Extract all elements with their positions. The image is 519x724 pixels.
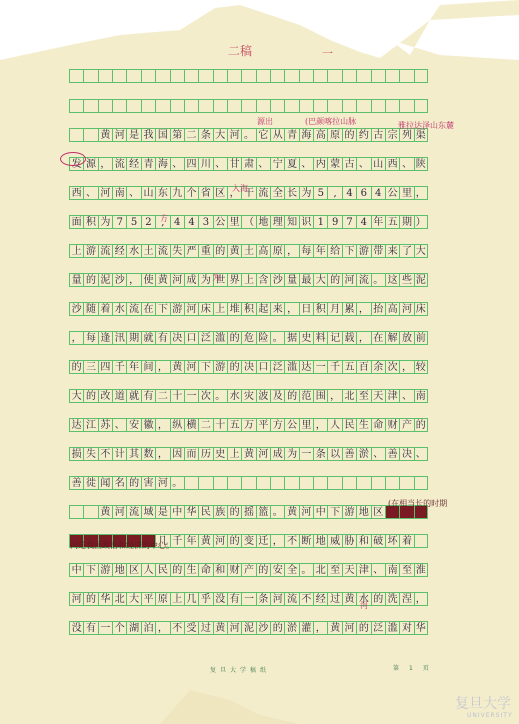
grid-cell: 几 bbox=[184, 592, 198, 606]
grid-cell: 害 bbox=[141, 476, 155, 490]
grid-cell bbox=[356, 476, 370, 490]
grid-cell bbox=[241, 99, 255, 113]
grid-cell bbox=[198, 476, 212, 490]
grid-row: 河的华北大平原上几乎没有一条河流不经过黄水的洗涅， bbox=[69, 592, 428, 606]
grid-cell: 山 bbox=[141, 186, 155, 200]
grid-cell: 灾 bbox=[241, 389, 255, 403]
grid-cell: 生 bbox=[184, 563, 198, 577]
grid-cell bbox=[342, 69, 356, 83]
grid-cell: 的 bbox=[342, 128, 356, 142]
grid-cell: 和 bbox=[213, 563, 227, 577]
grid-cell bbox=[327, 476, 341, 490]
grid-cell: 黄 bbox=[98, 505, 112, 519]
grid-cell: 黄 bbox=[98, 128, 112, 142]
grid-cell: 苏 bbox=[98, 418, 112, 432]
grid-cell: 域 bbox=[141, 505, 155, 519]
grid-cell bbox=[141, 69, 155, 83]
grid-cell: 中 bbox=[313, 505, 327, 519]
grid-cell: 其 bbox=[126, 447, 140, 461]
grid-cell: 间 bbox=[141, 360, 155, 374]
grid-cell: 没 bbox=[69, 621, 83, 635]
grid-cell: 河 bbox=[112, 505, 126, 519]
grid-cell: 、 bbox=[213, 157, 227, 171]
grid-cell: 山 bbox=[371, 157, 385, 171]
grid-cell bbox=[313, 99, 327, 113]
grid-cell: 民 bbox=[155, 563, 169, 577]
grid-row: 量的泥沙，使黄河成为世界上含沙量最大的河流。这些泥 bbox=[69, 273, 428, 287]
manuscript-page: 二稿 一 黄河是我国第二条大河。它从青海高原的约古宗列渠发源，流经青海、四川、甘… bbox=[0, 0, 519, 724]
grid-cell bbox=[299, 69, 313, 83]
grid-cell: 了 bbox=[399, 244, 413, 258]
grid-cell: 河 bbox=[342, 273, 356, 287]
grid-cell: 大 bbox=[213, 128, 227, 142]
grid-cell bbox=[414, 534, 428, 548]
grid-cell: 泛 bbox=[198, 331, 212, 345]
grid-cell: 日 bbox=[299, 302, 313, 316]
grid-cell: 华 bbox=[184, 505, 198, 519]
grid-cell: 四 bbox=[98, 360, 112, 374]
page-prefix: 第 bbox=[393, 665, 399, 672]
correction-become: 为 bbox=[212, 272, 220, 283]
grid-cell: ， bbox=[356, 331, 370, 345]
grid-cell: ， bbox=[155, 447, 169, 461]
grid-cell bbox=[155, 69, 169, 83]
grid-cell: 是 bbox=[126, 128, 140, 142]
grid-cell: 经 bbox=[112, 244, 126, 258]
grid-cell: 大 bbox=[126, 592, 140, 606]
grid-cell: 黄 bbox=[155, 273, 169, 287]
grid-cell: 五 bbox=[227, 418, 241, 432]
grid-row: 没有一个湖泊，不受过黄河泥沙的淤灌，黄河的泛滥对华 bbox=[69, 621, 428, 635]
grid-cell: 泥 bbox=[98, 273, 112, 287]
grid-cell: ， bbox=[69, 331, 83, 345]
grid-cell: 原 bbox=[270, 244, 284, 258]
grid-cell: 床 bbox=[414, 302, 428, 316]
grid-cell bbox=[356, 69, 370, 83]
grid-cell bbox=[414, 69, 428, 83]
grid-cell: 波 bbox=[256, 389, 270, 403]
grid-cell bbox=[141, 99, 155, 113]
grid-cell: 历 bbox=[198, 447, 212, 461]
grid-cell: 河 bbox=[155, 476, 169, 490]
grid-cell: 的 bbox=[213, 244, 227, 258]
grid-cell: 的 bbox=[170, 563, 184, 577]
grid-cell: 上 bbox=[69, 244, 83, 258]
grid-row: 西、河南、山东九个省区，干流全长为5,464公里， bbox=[69, 186, 428, 200]
grid-cell: 淤 bbox=[356, 447, 370, 461]
grid-cell: 财 bbox=[385, 418, 399, 432]
grid-cell bbox=[371, 476, 385, 490]
grid-cell: ， bbox=[155, 621, 169, 635]
grid-row: 损失不计其数，因而历史上黄河成为一条以善淤、善决、 bbox=[69, 447, 428, 461]
grid-cell: 识 bbox=[299, 215, 313, 229]
grid-row: 大的改道就有二十一次。水灾波及的范围，北至天津、南 bbox=[69, 389, 428, 403]
grid-cell: 沙 bbox=[256, 621, 270, 635]
grid-cell: 中 bbox=[69, 563, 83, 577]
grid-cell: 地 bbox=[256, 215, 270, 229]
grid-cell: 些 bbox=[399, 273, 413, 287]
draft-label-2: 一 bbox=[322, 45, 333, 61]
grid-cell: 约 bbox=[356, 128, 370, 142]
grid-cell: 土 bbox=[141, 244, 155, 258]
grid-cell: 、 bbox=[399, 157, 413, 171]
grid-cell bbox=[385, 99, 399, 113]
grid-cell: 黄 bbox=[342, 592, 356, 606]
grid-cell: 方 bbox=[270, 418, 284, 432]
grid-cell: 变 bbox=[241, 534, 255, 548]
grid-cell bbox=[399, 476, 413, 490]
grid-cell: 个 bbox=[112, 621, 126, 635]
grid-cell: 的 bbox=[227, 331, 241, 345]
grid-cell: 及 bbox=[270, 389, 284, 403]
grid-cell: 十 bbox=[213, 418, 227, 432]
grid-cell: 海 bbox=[299, 128, 313, 142]
grid-cell: 5 bbox=[126, 215, 140, 229]
grid-row: 的三四千年间，黄河下游的决口泛滥达一千五百余次，较 bbox=[69, 360, 428, 374]
grid-cell: 。 bbox=[170, 476, 184, 490]
grid-cell: 国 bbox=[155, 128, 169, 142]
grid-cell: 泥 bbox=[414, 273, 428, 287]
grid-cell: 大 bbox=[69, 389, 83, 403]
grid-cell: 次 bbox=[198, 389, 212, 403]
grid-cell: 横 bbox=[184, 418, 198, 432]
grid-cell: 流 bbox=[284, 592, 298, 606]
grid-cell bbox=[385, 476, 399, 490]
grid-cell bbox=[356, 99, 370, 113]
grid-cell: 黄 bbox=[198, 534, 212, 548]
grid-cell: 华 bbox=[414, 621, 428, 635]
grid-cell: 不 bbox=[170, 621, 184, 635]
draft-label: 二稿 bbox=[228, 42, 252, 59]
grid-cell: ， bbox=[414, 592, 428, 606]
grid-cell: 古 bbox=[371, 128, 385, 142]
grid-cell: 海 bbox=[155, 157, 169, 171]
grid-cell: 下 bbox=[342, 244, 356, 258]
grid-cell: 个 bbox=[184, 186, 198, 200]
grid-cell: 、 bbox=[126, 186, 140, 200]
insertion-long-period: (在相当长的时期 bbox=[388, 498, 447, 509]
grid-cell: 长 bbox=[284, 186, 298, 200]
grid-cell: 高 bbox=[313, 128, 327, 142]
grid-cell bbox=[284, 476, 298, 490]
grid-cell: 据 bbox=[284, 331, 298, 345]
grid-cell: 黄 bbox=[170, 360, 184, 374]
grid-cell: ， bbox=[98, 157, 112, 171]
grid-cell: 泛 bbox=[371, 621, 385, 635]
grid-cell: 淤 bbox=[284, 621, 298, 635]
grid-cell: 区 bbox=[213, 186, 227, 200]
grid-cell: 原 bbox=[327, 128, 341, 142]
grid-cell: 。 bbox=[241, 128, 255, 142]
correction-source: 源出 bbox=[257, 116, 273, 127]
grid-cell: 严 bbox=[184, 244, 198, 258]
grid-cell: 名 bbox=[112, 476, 126, 490]
grid-cell: 、 bbox=[356, 157, 370, 171]
grid-cell: 命 bbox=[371, 418, 385, 432]
grid-cell: 上 bbox=[170, 592, 184, 606]
grid-cell: 成 bbox=[184, 273, 198, 287]
grid-cell: 高 bbox=[256, 244, 270, 258]
grid-cell: 西 bbox=[69, 186, 83, 200]
grid-cell: 4 bbox=[184, 215, 198, 229]
grid-row: ，每逢汛期就有决口泛滥的危险。据史料记载，在解放前 bbox=[69, 331, 428, 345]
grid-cell: 千 bbox=[327, 360, 341, 374]
grid-cell bbox=[69, 128, 83, 142]
grid-cell: 抬 bbox=[371, 302, 385, 316]
grid-cell: 水 bbox=[126, 244, 140, 258]
grid-cell: 的 bbox=[83, 592, 97, 606]
grid-cell: 青 bbox=[141, 157, 155, 171]
grid-cell: 篮 bbox=[256, 505, 270, 519]
grid-cell: 来 bbox=[270, 302, 284, 316]
grid-cell: 条 bbox=[256, 592, 270, 606]
grid-cell bbox=[299, 99, 313, 113]
grid-cell: 7 bbox=[112, 215, 126, 229]
grid-cell: 、 bbox=[83, 186, 97, 200]
grid-cell: 4 bbox=[356, 215, 370, 229]
grid-cell: 使 bbox=[141, 273, 155, 287]
grid-cell: 起 bbox=[256, 302, 270, 316]
grid-cell: 川 bbox=[198, 157, 212, 171]
grid-cell: 一 bbox=[299, 447, 313, 461]
grid-cell: ， bbox=[155, 360, 169, 374]
grid-cell: 2 bbox=[141, 215, 155, 229]
grid-cell: 公 bbox=[213, 215, 227, 229]
grid-cell: 黄 bbox=[241, 447, 255, 461]
grid-cell: 人 bbox=[141, 563, 155, 577]
grid-cell: 而 bbox=[184, 447, 198, 461]
grid-cell: 原 bbox=[155, 592, 169, 606]
grid-cell: 胁 bbox=[342, 534, 356, 548]
grid-cell bbox=[170, 69, 184, 83]
grid-cell bbox=[327, 99, 341, 113]
grid-cell: 年 bbox=[371, 215, 385, 229]
grid-cell: 着 bbox=[399, 534, 413, 548]
grid-cell: 水 bbox=[227, 389, 241, 403]
grid-cell: 的 bbox=[414, 418, 428, 432]
grid-cell: 余 bbox=[371, 360, 385, 374]
grid-cell: 坏 bbox=[385, 534, 399, 548]
grid-cell bbox=[213, 476, 227, 490]
grid-cell bbox=[241, 69, 255, 83]
grid-cell: 积 bbox=[83, 215, 97, 229]
grid-cell: 面 bbox=[69, 215, 83, 229]
grid-row: 达江苏、安徽，纵横二十五万平方公里，人民生命财产的 bbox=[69, 418, 428, 432]
grid-cell: 、 bbox=[371, 447, 385, 461]
grid-cell: 河 bbox=[299, 505, 313, 519]
grid-cell: 九 bbox=[170, 186, 184, 200]
grid-cell: 破 bbox=[371, 534, 385, 548]
grid-cell: 善 bbox=[385, 447, 399, 461]
grid-cell: 一 bbox=[98, 621, 112, 635]
grid-cell: 上 bbox=[241, 273, 255, 287]
grid-cell: 天 bbox=[342, 563, 356, 577]
grid-cell: 河 bbox=[270, 592, 284, 606]
grid-cell: 最 bbox=[299, 273, 313, 287]
grid-cell: 的 bbox=[227, 534, 241, 548]
grid-cell: 涅 bbox=[399, 592, 413, 606]
grid-cell: 地 bbox=[112, 563, 126, 577]
grid-cell: , bbox=[327, 186, 341, 200]
grid-cell: 危 bbox=[241, 331, 255, 345]
grid-cell: 游 bbox=[83, 244, 97, 258]
grid-cell: 青 bbox=[284, 128, 298, 142]
grid-cell: 流 bbox=[98, 244, 112, 258]
grid-cell: 不 bbox=[284, 534, 298, 548]
grid-row: 面积为752,443公里（地理知识1974年五期） bbox=[69, 215, 428, 229]
grid-cell: 流 bbox=[112, 157, 126, 171]
grid-cell: 万 bbox=[241, 418, 255, 432]
grid-cell: 中 bbox=[170, 505, 184, 519]
page-number: 1 bbox=[409, 665, 413, 672]
grid-cell: 来 bbox=[385, 244, 399, 258]
grid-cell: 命 bbox=[198, 563, 212, 577]
grid-cell: 游 bbox=[98, 563, 112, 577]
grid-cell: 的 bbox=[284, 389, 298, 403]
grid-cell: 流 bbox=[126, 302, 140, 316]
grid-cell bbox=[69, 69, 83, 83]
grid-cell: 有 bbox=[227, 592, 241, 606]
grid-cell: 的 bbox=[371, 592, 385, 606]
grid-cell: 河 bbox=[227, 621, 241, 635]
grid-cell: ， bbox=[155, 418, 169, 432]
correction-river: 河 bbox=[360, 600, 368, 611]
grid-cell bbox=[112, 99, 126, 113]
grid-cell bbox=[284, 99, 298, 113]
grid-cell: 河 bbox=[399, 302, 413, 316]
grid-cell: 、 bbox=[112, 418, 126, 432]
grid-cell: 陕 bbox=[414, 157, 428, 171]
grid-cell: 平 bbox=[141, 592, 155, 606]
grid-cell: 积 bbox=[313, 302, 327, 316]
grid-cell: 河 bbox=[227, 128, 241, 142]
grid-cell: 载 bbox=[342, 331, 356, 345]
grid-cell: 流 bbox=[126, 505, 140, 519]
grid-cell: 流 bbox=[256, 186, 270, 200]
grid-cell: 失 bbox=[83, 447, 97, 461]
grid-cell bbox=[256, 99, 270, 113]
grid-cell: 前 bbox=[414, 331, 428, 345]
grid-cell: 不 bbox=[98, 447, 112, 461]
grid-cell: 的 bbox=[69, 360, 83, 374]
grid-cell: 。 bbox=[213, 389, 227, 403]
grid-row: 沙随着水流在下游河床上堆积起来，日积月累，抬高河床 bbox=[69, 302, 428, 316]
grid-cell: 4 bbox=[371, 186, 385, 200]
grid-cell: 西 bbox=[385, 157, 399, 171]
grid-cell: 人 bbox=[327, 418, 341, 432]
grid-cell: 下 bbox=[198, 360, 212, 374]
grid-cell: 、 bbox=[399, 389, 413, 403]
grid-cell: 从 bbox=[270, 128, 284, 142]
grid-cell: 我 bbox=[141, 128, 155, 142]
grid-cell bbox=[83, 99, 97, 113]
grid-cell: 河 bbox=[256, 447, 270, 461]
grid-row: 上游流经水土流失严重的黄土高原，每年给下游带来了大 bbox=[69, 244, 428, 258]
grid-cell: 月 bbox=[327, 302, 341, 316]
grid-cell: ， bbox=[284, 244, 298, 258]
grid-cell: 汛 bbox=[112, 331, 126, 345]
grid-cell: 的 bbox=[356, 621, 370, 635]
grid-cell bbox=[69, 505, 83, 519]
grid-cell: 口 bbox=[184, 331, 198, 345]
grid-cell: 游 bbox=[342, 505, 356, 519]
grid-cell: 下 bbox=[83, 563, 97, 577]
grid-cell: 津 bbox=[385, 389, 399, 403]
grid-cell: 徙 bbox=[83, 476, 97, 490]
grid-cell: 9 bbox=[327, 215, 341, 229]
grid-cell bbox=[342, 476, 356, 490]
grid-cell: 四 bbox=[184, 157, 198, 171]
footer-publisher: 复旦大学稿纸 bbox=[210, 665, 270, 674]
grid-row: 发源，流经青海、四川、甘肃、宁夏、内蒙古、山西、陕 bbox=[69, 157, 428, 171]
grid-cell: 宁 bbox=[270, 157, 284, 171]
grid-cell: （ bbox=[241, 215, 255, 229]
grid-cell: 下 bbox=[155, 302, 169, 316]
grid-cell: 为 bbox=[284, 447, 298, 461]
grid-cell: 它 bbox=[256, 128, 270, 142]
grid-cell bbox=[112, 69, 126, 83]
grid-cell: 有 bbox=[141, 389, 155, 403]
grid-cell bbox=[83, 128, 97, 142]
grid-cell: 沙 bbox=[270, 273, 284, 287]
university-watermark: 复旦大学 bbox=[455, 693, 511, 713]
grid-cell: 威 bbox=[327, 534, 341, 548]
grid-cell: 蒙 bbox=[327, 157, 341, 171]
grid-cell bbox=[299, 476, 313, 490]
grid-cell: 断 bbox=[299, 534, 313, 548]
grid-cell bbox=[399, 69, 413, 83]
grid-cell: 对 bbox=[399, 621, 413, 635]
grid-cell: 不 bbox=[299, 592, 313, 606]
grid-cell: 游 bbox=[170, 302, 184, 316]
grid-cell: 、 bbox=[299, 157, 313, 171]
grid-cell: 围 bbox=[313, 389, 327, 403]
grid-cell: 范 bbox=[299, 389, 313, 403]
grid-cell bbox=[270, 69, 284, 83]
grid-cell: 年 bbox=[184, 534, 198, 548]
grid-cell: 省 bbox=[198, 186, 212, 200]
grid-cell: 上 bbox=[227, 447, 241, 461]
grid-cell bbox=[371, 99, 385, 113]
grid-cell: 里 bbox=[227, 215, 241, 229]
grid-cell: 过 bbox=[198, 621, 212, 635]
grid-cell: 是 bbox=[155, 505, 169, 519]
grid-cell: 条 bbox=[313, 447, 327, 461]
insertion-political-center: 内是我国政治和经济的中心。 bbox=[70, 540, 174, 551]
grid-cell: 的 bbox=[327, 273, 341, 287]
grid-cell: 里 bbox=[399, 186, 413, 200]
grid-cell: 夏 bbox=[284, 157, 298, 171]
grid-cell: 泥 bbox=[241, 621, 255, 635]
grid-cell bbox=[385, 69, 399, 83]
correction-square: 方 bbox=[160, 213, 168, 224]
page-suffix: 页 bbox=[423, 665, 429, 672]
grid-cell bbox=[83, 505, 97, 519]
grid-cell: 至 bbox=[399, 563, 413, 577]
grid-cell: 就 bbox=[141, 331, 155, 345]
grid-cell: 5 bbox=[313, 186, 327, 200]
grid-cell: 里 bbox=[299, 418, 313, 432]
grid-cell: 为 bbox=[198, 273, 212, 287]
grid-cell bbox=[126, 99, 140, 113]
grid-cell: 年 bbox=[126, 360, 140, 374]
grid-cell bbox=[270, 99, 284, 113]
grid-cell: 过 bbox=[327, 592, 341, 606]
grid-cell: 北 bbox=[342, 389, 356, 403]
grid-cell: 安 bbox=[126, 418, 140, 432]
grid-cell: 千 bbox=[112, 360, 126, 374]
grid-row bbox=[69, 69, 428, 83]
